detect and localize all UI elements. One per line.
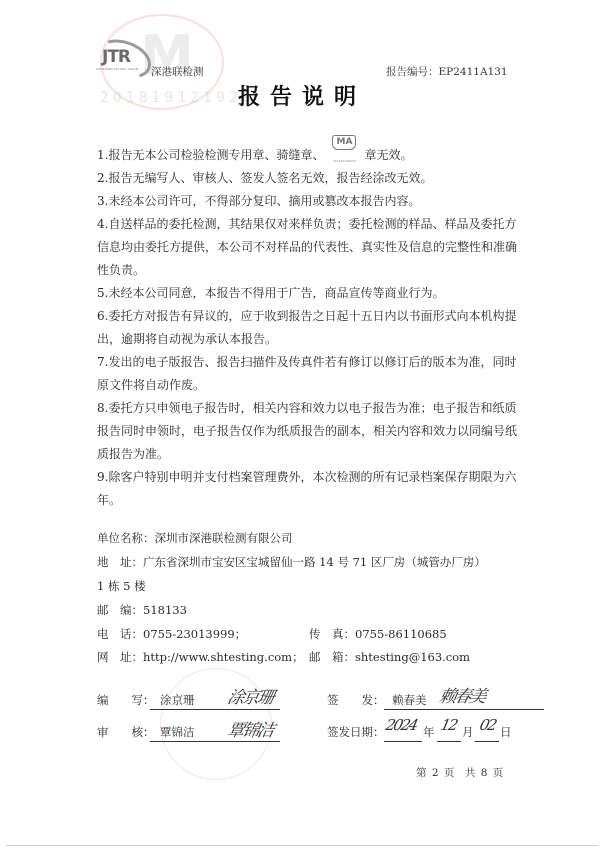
issue-date-month: 12	[439, 716, 458, 734]
clause-6: 6.委托方对报告有异议的，应于收到报告之日起十五日内以书面形式向本机构提出，逾期…	[97, 305, 527, 351]
page-bottom-edge	[6, 845, 598, 846]
page-number: 第 2 页 共 8 页	[416, 765, 503, 780]
logo-subtext: SHENZHEN TESTING GROUP	[96, 67, 138, 71]
clause-1: 1.报告无本公司检验检测专用章、骑缝章、MA201919120925章无效。	[97, 141, 527, 167]
writer-label: 编 写：	[97, 692, 155, 708]
company-short-name: 深港联检测	[151, 64, 204, 79]
postcode-value: 518133	[143, 603, 187, 617]
clause-2: 2.报告无编写人、审核人、签发人签名无效，报告经涂改无效。	[97, 167, 527, 190]
fax-label: 传 真：	[309, 627, 355, 641]
phone-row: 电 话：0755-23013999；	[97, 626, 246, 642]
clause-3: 3.未经本公司许可，不得部分复印、摘用或篡改本报告内容。	[97, 190, 527, 213]
day-unit: 日	[500, 724, 512, 740]
address-row: 地 址：广东省深圳市宝安区宝城留仙一路 14 号 71 区厂房（城管办厂房）	[97, 554, 486, 570]
issue-date-year: 2024	[384, 716, 418, 734]
writer-underline	[150, 709, 280, 710]
issuer-label: 签 发：	[327, 692, 385, 708]
writer-signature: 涂京珊	[225, 683, 275, 708]
website-label: 网 址：	[97, 650, 143, 664]
reviewer-signature: 覃锦洁	[225, 716, 275, 741]
year-unit: 年	[423, 724, 435, 740]
issue-date-day: 02	[478, 716, 497, 734]
report-number-value: EP2411A131	[439, 66, 508, 78]
year-underline	[384, 741, 422, 742]
clause-4: 4.自送样品的委托检测，其结果仅对来样负责；委托检测的样品、样品及委托方信息均由…	[97, 213, 527, 282]
postcode-row: 邮 编：518133	[97, 602, 187, 618]
cma-badge-number: 201919120925	[328, 150, 360, 173]
report-number-label: 报告编号：	[386, 66, 439, 78]
unit-name-value: 深圳市深港联检测有限公司	[155, 531, 293, 545]
reviewer-underline	[150, 741, 280, 742]
issue-date-label: 签发日期：	[327, 724, 385, 740]
cma-badge-icon: MA201919120925	[328, 141, 360, 161]
issuer-name: 赖春美	[392, 692, 427, 708]
month-underline	[437, 741, 461, 742]
issuer-underline	[384, 709, 544, 710]
fax-row: 传 真：0755-86110685	[309, 626, 447, 642]
clause-9: 9.除客户特别申明并支付档案管理费外，本次检测的所有记录档案保存期限为六年。	[97, 466, 527, 512]
email-row: 邮 箱：shtesting@163.com	[309, 649, 470, 665]
unit-name-label: 单位名称：	[97, 531, 155, 545]
reviewer-name: 覃锦洁	[160, 724, 195, 740]
page-title: 报告说明	[0, 80, 604, 111]
fax-value: 0755-86110685	[355, 627, 447, 641]
clause-8: 8.委托方只申领电子报告时，相关内容和效力以电子报告为准；电子报告和纸质报告同时…	[97, 397, 527, 466]
report-number: 报告编号：EP2411A131	[386, 64, 508, 79]
report-clauses: 1.报告无本公司检验检测专用章、骑缝章、MA201919120925章无效。 2…	[97, 141, 527, 512]
clause-text: 章无效。	[364, 148, 412, 162]
address-label: 地 址：	[97, 555, 143, 569]
website-value[interactable]: http://www.shtesting.com；	[143, 650, 304, 664]
clause-5: 5.未经本公司同意，本报告不得用于广告，商品宣传等商业行为。	[97, 282, 527, 305]
cma-badge-text: MA	[332, 135, 356, 150]
email-value[interactable]: shtesting@163.com	[355, 650, 470, 664]
phone-value: 0755-23013999；	[143, 627, 246, 641]
phone-label: 电 话：	[97, 627, 143, 641]
email-label: 邮 箱：	[309, 650, 355, 664]
unit-name-row: 单位名称：深圳市深港联检测有限公司	[97, 530, 293, 546]
reviewer-label: 审 核：	[97, 724, 155, 740]
issuer-signature: 赖春美	[437, 682, 487, 707]
day-underline	[475, 741, 499, 742]
clause-text: 1.报告无本公司检验检测专用章、骑缝章、	[97, 148, 324, 162]
clause-7: 7.发出的电子版报告、报告扫描件及传真件若有修订以修订后的版本为准，同时原文件将…	[97, 351, 527, 397]
month-unit: 月	[462, 724, 474, 740]
writer-name: 涂京珊	[160, 692, 195, 708]
postcode-label: 邮 编：	[97, 603, 143, 617]
website-row: 网 址：http://www.shtesting.com；	[97, 649, 304, 665]
address-line2: 1 栋 5 楼	[97, 578, 146, 594]
logo-text: JTR	[102, 47, 130, 67]
address-value: 广东省深圳市宝安区宝城留仙一路 14 号 71 区厂房（城管办厂房）	[143, 555, 486, 569]
jtr-logo: JTR SHENZHEN TESTING GROUP	[96, 45, 148, 71]
